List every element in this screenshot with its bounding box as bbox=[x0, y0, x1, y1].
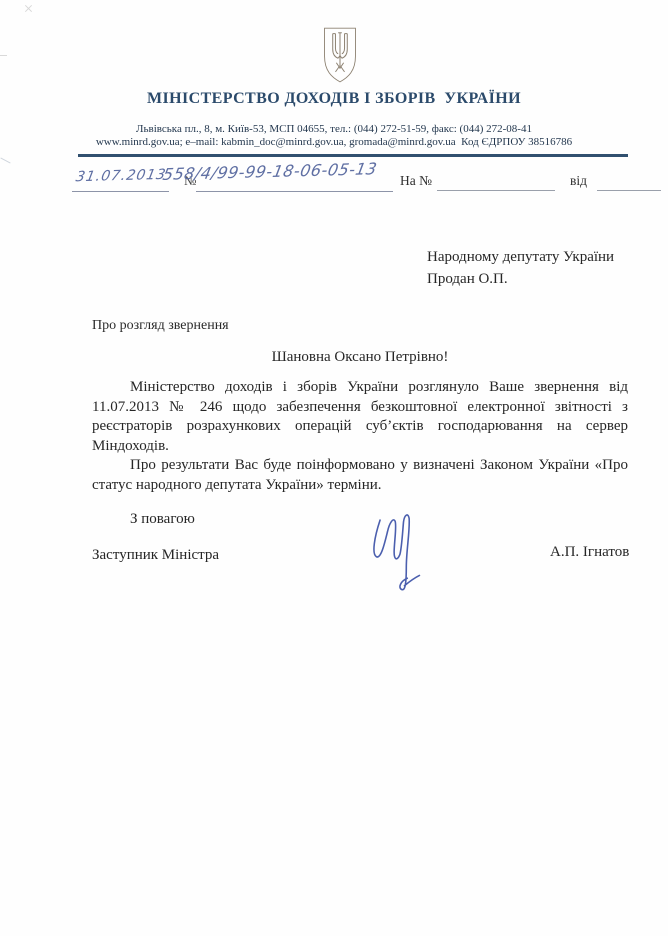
number-underline bbox=[196, 191, 393, 192]
letter-body: Міністерство доходів і зборів України ро… bbox=[92, 378, 628, 495]
date-underline bbox=[72, 191, 169, 192]
incoming-number-label: На № bbox=[400, 173, 432, 189]
handwritten-outgoing-number: 558/4/99-99-18-06-05-13 bbox=[161, 159, 378, 184]
ministry-title: МІНІСТЕРСТВО ДОХОДІВ І ЗБОРІВ УКРАЇНИ bbox=[0, 90, 668, 108]
signer-name: А.П. Ігнатов bbox=[550, 544, 629, 561]
subject-line: Про розгляд звернення bbox=[92, 318, 229, 334]
body-paragraph-2: Про результати Вас буде поінформовано у … bbox=[92, 456, 628, 495]
scan-artifact-dash bbox=[0, 157, 10, 163]
ministry-contacts-line: www.minrd.gov.ua; e–mail: kabmin_doc@min… bbox=[0, 136, 668, 148]
ministry-address-line: Львівська пл., 8, м. Київ-53, МСП 04655,… bbox=[0, 123, 668, 135]
handwritten-signature bbox=[366, 506, 426, 603]
closing-regards: З повагою bbox=[130, 511, 195, 528]
body-paragraph-1: Міністерство доходів і зборів України ро… bbox=[92, 378, 628, 456]
ukraine-trident-emblem-icon bbox=[320, 25, 360, 91]
scan-artifact-dash bbox=[0, 55, 7, 56]
header-divider bbox=[78, 154, 628, 157]
recipient-block: Народному депутату України Продан О.П. bbox=[427, 246, 614, 290]
recipient-name: Продан О.П. bbox=[427, 268, 614, 290]
from-date-label: від bbox=[570, 173, 587, 189]
signer-position: Заступник Міністра bbox=[92, 547, 219, 564]
handwritten-date: 31.07.2013 bbox=[75, 167, 168, 185]
scanned-letter-page: МІНІСТЕРСТВО ДОХОДІВ І ЗБОРІВ УКРАЇНИ Ль… bbox=[0, 0, 668, 936]
incoming-number-blank bbox=[437, 190, 555, 191]
salutation-line: Шановна Оксано Петрівно! bbox=[92, 349, 628, 366]
from-date-blank bbox=[597, 190, 661, 191]
recipient-title: Народному депутату України bbox=[427, 246, 614, 268]
scan-artifact-cross bbox=[24, 4, 33, 13]
